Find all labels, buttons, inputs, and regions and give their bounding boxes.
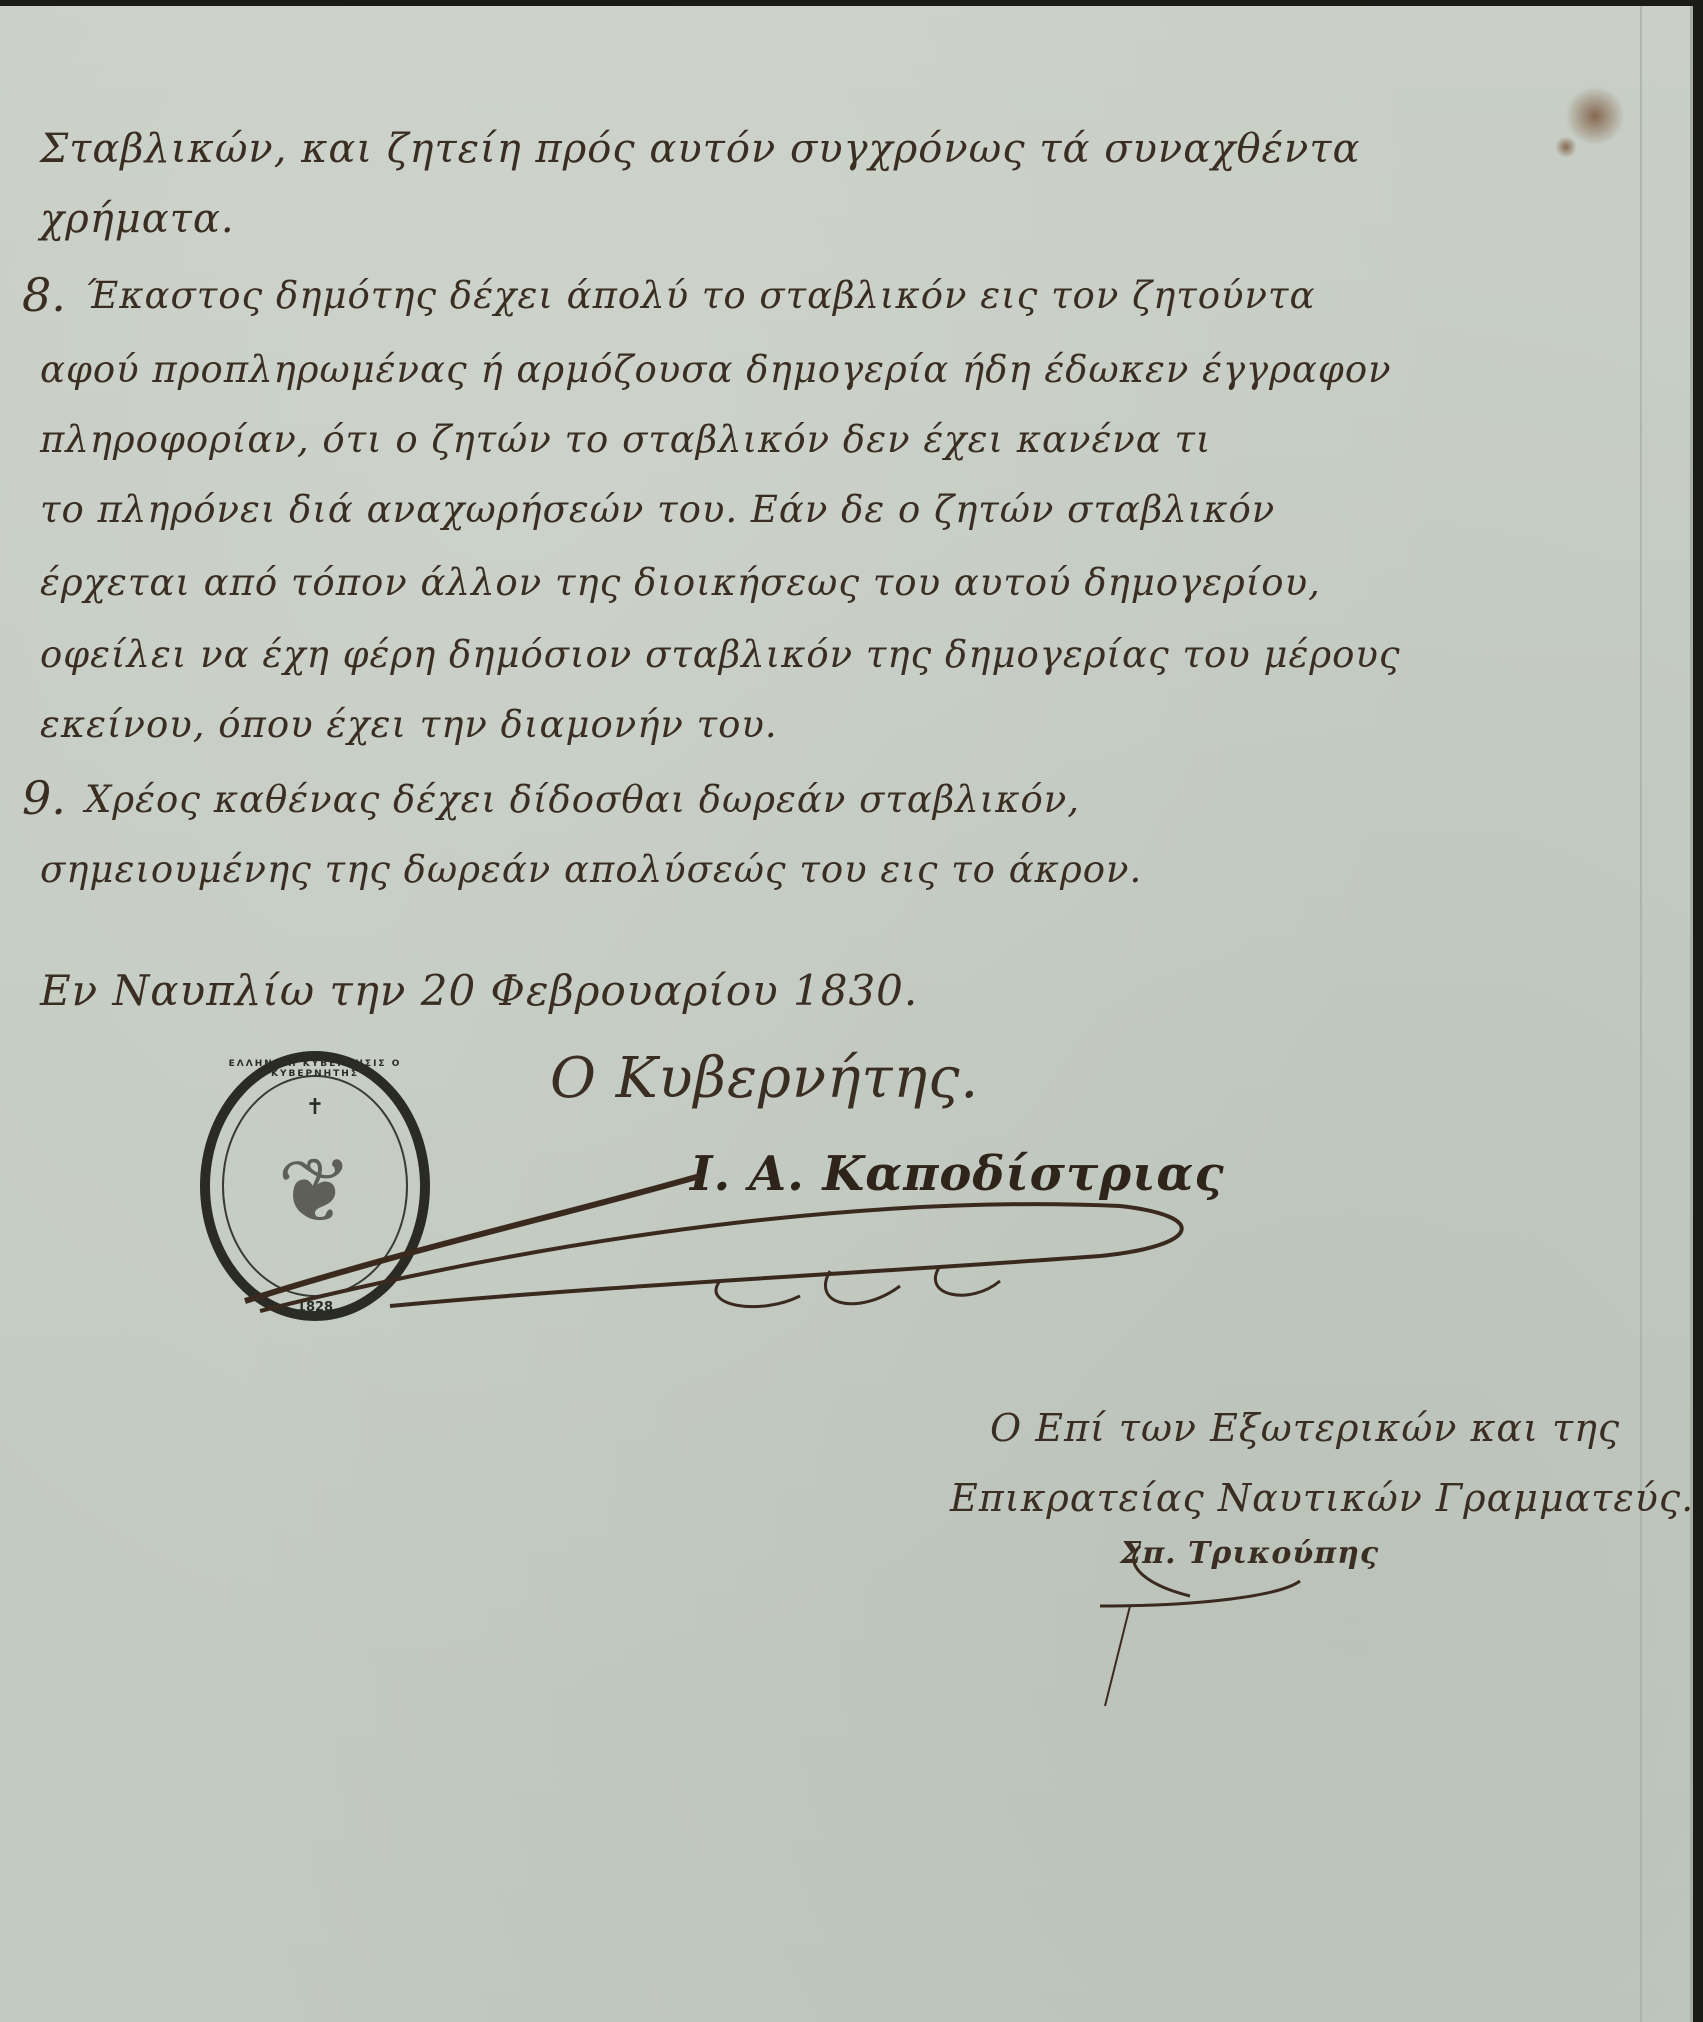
secretary-signature: Σπ. Τρικούπης — [1120, 1536, 1379, 1571]
document-page: Σταβλικών, και ζητείη πρός αυτόν συγχρόν… — [0, 6, 1693, 2022]
secretary-title-line: Επικρατείας Ναυτικών Γραμματεύς. — [950, 1476, 1694, 1520]
secretary-title-line: Ο Επί των Εξωτερικών και της — [990, 1406, 1620, 1450]
signature-flourish — [0, 6, 1703, 2022]
